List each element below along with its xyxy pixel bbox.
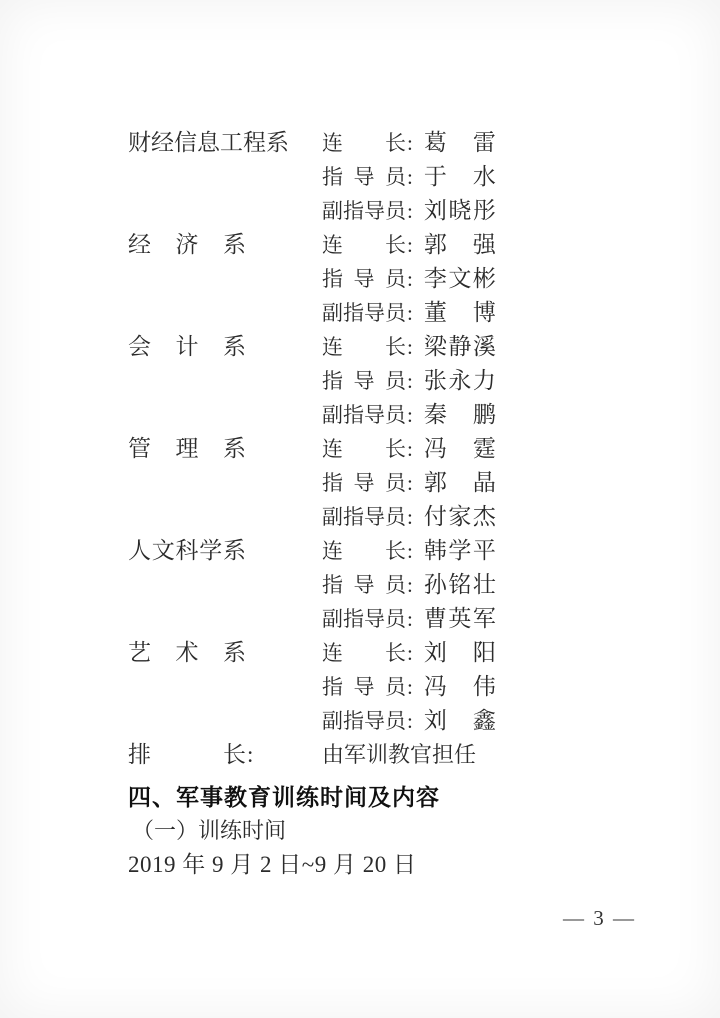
name-cell: 孙铭壮 bbox=[413, 568, 496, 602]
role-cell: 指导员: bbox=[322, 160, 413, 194]
role-cell: 副指导员: bbox=[322, 500, 413, 534]
department-cell: 排长: bbox=[128, 738, 322, 772]
role-cell: 指导员: bbox=[322, 466, 413, 500]
role-cell: 连长: bbox=[322, 330, 413, 364]
role-label: 指导员 bbox=[322, 466, 406, 500]
role-label: 连长 bbox=[322, 126, 406, 160]
department-name: 会计系 bbox=[128, 330, 246, 364]
department-cell bbox=[128, 364, 322, 398]
roster-row: 指导员:张永力 bbox=[128, 364, 720, 398]
roster-row: 副指导员:刘鑫 bbox=[128, 704, 720, 738]
name-cell: 张永力 bbox=[413, 364, 496, 398]
person-name: 郭晶 bbox=[424, 466, 496, 500]
role-label: 副指导员 bbox=[322, 398, 406, 432]
roster-row: 人文科学系连长:韩学平 bbox=[128, 534, 720, 568]
document-page: 财经信息工程系连长:葛雷 指导员:于水 副指导员:刘晓彤 经济系连长:郭强 指导… bbox=[0, 0, 720, 1018]
department-cell bbox=[128, 194, 322, 228]
role-label: 连长 bbox=[322, 330, 406, 364]
department-cell bbox=[128, 670, 322, 704]
roster-row: 管理系连长:冯霆 bbox=[128, 432, 720, 466]
roster-row: 财经信息工程系连长:葛雷 bbox=[128, 126, 720, 160]
role-label: 连长 bbox=[322, 636, 406, 670]
roster-row: 指导员:于水 bbox=[128, 160, 720, 194]
person-name: 付家杰 bbox=[424, 500, 496, 534]
name-cell: 梁静溪 bbox=[413, 330, 496, 364]
department-cell bbox=[128, 296, 322, 330]
role-label: 指导员 bbox=[322, 160, 406, 194]
name-cell: 郭晶 bbox=[413, 466, 496, 500]
department-cell: 财经信息工程系 bbox=[128, 126, 322, 160]
person-name: 冯伟 bbox=[424, 670, 496, 704]
department-cell: 管理系 bbox=[128, 432, 322, 466]
subsection-heading: （一）训练时间 bbox=[128, 814, 720, 848]
name-cell: 冯伟 bbox=[413, 670, 496, 704]
role-cell: 副指导员: bbox=[322, 602, 413, 636]
role-cell: 连长: bbox=[322, 126, 413, 160]
role-cell: 连长: bbox=[322, 228, 413, 262]
person-name: 秦鹏 bbox=[424, 398, 496, 432]
roster: 财经信息工程系连长:葛雷 指导员:于水 副指导员:刘晓彤 经济系连长:郭强 指导… bbox=[128, 126, 720, 772]
department-cell bbox=[128, 500, 322, 534]
department-cell: 人文科学系 bbox=[128, 534, 322, 568]
person-name: 韩学平 bbox=[424, 534, 496, 568]
role-label: 副指导员 bbox=[322, 500, 406, 534]
roster-row: 经济系连长:郭强 bbox=[128, 228, 720, 262]
person-name: 郭强 bbox=[424, 228, 496, 262]
role-cell: 指导员: bbox=[322, 568, 413, 602]
person-name: 刘晓彤 bbox=[424, 194, 496, 228]
role-cell: 指导员: bbox=[322, 262, 413, 296]
name-cell: 付家杰 bbox=[413, 500, 496, 534]
department-cell: 经济系 bbox=[128, 228, 322, 262]
roster-row: 指导员:李文彬 bbox=[128, 262, 720, 296]
department-name: 财经信息工程系 bbox=[128, 126, 289, 160]
role-label: 指导员 bbox=[322, 262, 406, 296]
roster-row: 指导员:冯伟 bbox=[128, 670, 720, 704]
role-label: 指导员 bbox=[322, 568, 406, 602]
department-cell: 会计系 bbox=[128, 330, 322, 364]
role-cell: 连长: bbox=[322, 636, 413, 670]
department-cell bbox=[128, 568, 322, 602]
role-label: 指导员 bbox=[322, 670, 406, 704]
department-cell bbox=[128, 602, 322, 636]
name-cell: 郭强 bbox=[413, 228, 496, 262]
name-cell: 李文彬 bbox=[413, 262, 496, 296]
department-name: 排长 bbox=[128, 738, 246, 772]
role-label: 连长 bbox=[322, 534, 406, 568]
roster-row: 副指导员:秦鹏 bbox=[128, 398, 720, 432]
person-name: 李文彬 bbox=[424, 262, 496, 296]
role-label: 副指导员 bbox=[322, 296, 406, 330]
department-cell bbox=[128, 160, 322, 194]
roster-row: 会计系连长:梁静溪 bbox=[128, 330, 720, 364]
department-name: 管理系 bbox=[128, 432, 246, 466]
role-cell: 连长: bbox=[322, 534, 413, 568]
person-name: 张永力 bbox=[424, 364, 496, 398]
department-cell bbox=[128, 398, 322, 432]
role-cell: 连长: bbox=[322, 432, 413, 466]
name-cell: 刘阳 bbox=[413, 636, 496, 670]
role-label: 副指导员 bbox=[322, 602, 406, 636]
section-heading: 四、军事教育训练时间及内容 bbox=[128, 780, 720, 814]
person-name: 曹英军 bbox=[424, 602, 496, 636]
person-name: 于水 bbox=[424, 160, 496, 194]
role-label: 副指导员 bbox=[322, 704, 406, 738]
roster-row: 副指导员:刘晓彤 bbox=[128, 194, 720, 228]
department-name: 艺术系 bbox=[128, 636, 246, 670]
department-cell bbox=[128, 704, 322, 738]
name-cell: 刘鑫 bbox=[413, 704, 496, 738]
role-cell: 副指导员: bbox=[322, 704, 413, 738]
name-cell: 葛雷 bbox=[413, 126, 496, 160]
role-cell: 副指导员: bbox=[322, 296, 413, 330]
page-number: — 3 — bbox=[563, 906, 636, 931]
department-name: 人文科学系 bbox=[128, 534, 246, 568]
name-cell: 刘晓彤 bbox=[413, 194, 496, 228]
name-cell: 秦鹏 bbox=[413, 398, 496, 432]
roster-row: 艺术系连长:刘阳 bbox=[128, 636, 720, 670]
person-name: 孙铭壮 bbox=[424, 568, 496, 602]
person-name: 梁静溪 bbox=[424, 330, 496, 364]
department-cell bbox=[128, 262, 322, 296]
name-cell: 董博 bbox=[413, 296, 496, 330]
person-name: 冯霆 bbox=[424, 432, 496, 466]
person-name: 葛雷 bbox=[424, 126, 496, 160]
role-label: 连长 bbox=[322, 228, 406, 262]
role-label: 连长 bbox=[322, 432, 406, 466]
role-cell: 副指导员: bbox=[322, 194, 413, 228]
department-name: 经济系 bbox=[128, 228, 246, 262]
person-name: 刘阳 bbox=[424, 636, 496, 670]
roster-row: 指导员:郭晶 bbox=[128, 466, 720, 500]
role-label: 指导员 bbox=[322, 364, 406, 398]
role-cell: 指导员: bbox=[322, 670, 413, 704]
name-cell: 于水 bbox=[413, 160, 496, 194]
roster-row: 指导员:孙铭壮 bbox=[128, 568, 720, 602]
roster-row: 副指导员:董博 bbox=[128, 296, 720, 330]
role-cell: 指导员: bbox=[322, 364, 413, 398]
roster-row: 副指导员:曹英军 bbox=[128, 602, 720, 636]
person-name: 刘鑫 bbox=[424, 704, 496, 738]
assignment-note: 由军训教官担任 bbox=[322, 738, 476, 772]
person-name: 董博 bbox=[424, 296, 496, 330]
roster-row: 副指导员:付家杰 bbox=[128, 500, 720, 534]
name-cell: 韩学平 bbox=[413, 534, 496, 568]
department-colon: : bbox=[247, 742, 253, 767]
training-date-range: 2019 年 9 月 2 日~9 月 20 日 bbox=[128, 848, 720, 882]
name-cell: 曹英军 bbox=[413, 602, 496, 636]
roster-row: 排长::由军训教官担任 bbox=[128, 738, 720, 772]
department-cell bbox=[128, 466, 322, 500]
role-cell: 副指导员: bbox=[322, 398, 413, 432]
name-cell: 冯霆 bbox=[413, 432, 496, 466]
department-cell: 艺术系 bbox=[128, 636, 322, 670]
role-label: 副指导员 bbox=[322, 194, 406, 228]
